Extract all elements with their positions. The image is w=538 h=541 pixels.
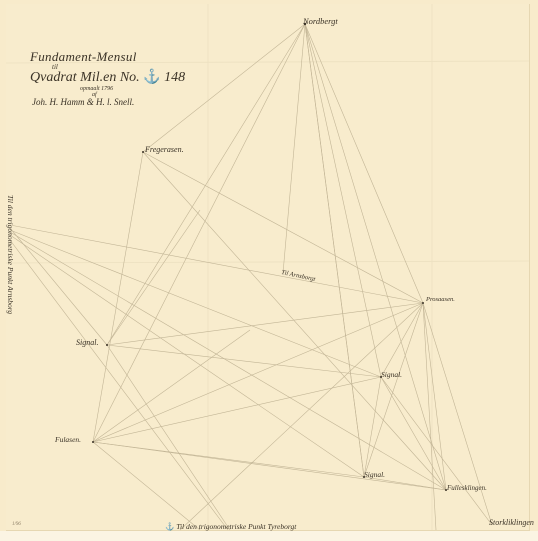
- station-label-prosaasen: Prosaasen.: [426, 297, 455, 304]
- station-label-storkliklingen: Storkliklingen: [489, 519, 534, 527]
- bottom-note-text: Til den trigonometriske Punkt Tyreborgt: [176, 522, 296, 531]
- bottom-margin-note: ⚓ Til den trigonometriske Punkt Tyreborg…: [165, 523, 296, 531]
- title-line-6: Joh. H. Hamm & H. l. Snell.: [32, 98, 185, 107]
- station-label-signal-1: Signal.: [76, 339, 98, 347]
- title-line-3: Qvadrat Mil.en No. ⚓ 148: [30, 71, 185, 85]
- quadrat-number: 148: [164, 70, 185, 85]
- page-number: 1/96: [12, 522, 21, 527]
- quadrat-label: Qvadrat Mil.en No.: [30, 70, 140, 85]
- left-margin-note: Til den trigonometriske Punkt Arnsborg: [7, 195, 15, 314]
- station-label-fregerasen: Fregerasen.: [145, 146, 184, 154]
- station-label-nordbergt: Nordbergt: [303, 17, 338, 26]
- anchor-icon: ⚓: [165, 522, 174, 531]
- anchor-icon: ⚓: [143, 70, 160, 85]
- station-label-signal-3: Signal.: [364, 471, 385, 479]
- station-label-fulasen: Fulasen.: [55, 436, 81, 444]
- station-label-fullesklingen: Fullesklingen.: [447, 485, 487, 492]
- station-label-signal-2: Signal.: [381, 371, 402, 379]
- title-line-1: Fundament-Mensul: [30, 50, 185, 63]
- title-block: Fundament-Mensul til Qvadrat Mil.en No. …: [30, 50, 185, 107]
